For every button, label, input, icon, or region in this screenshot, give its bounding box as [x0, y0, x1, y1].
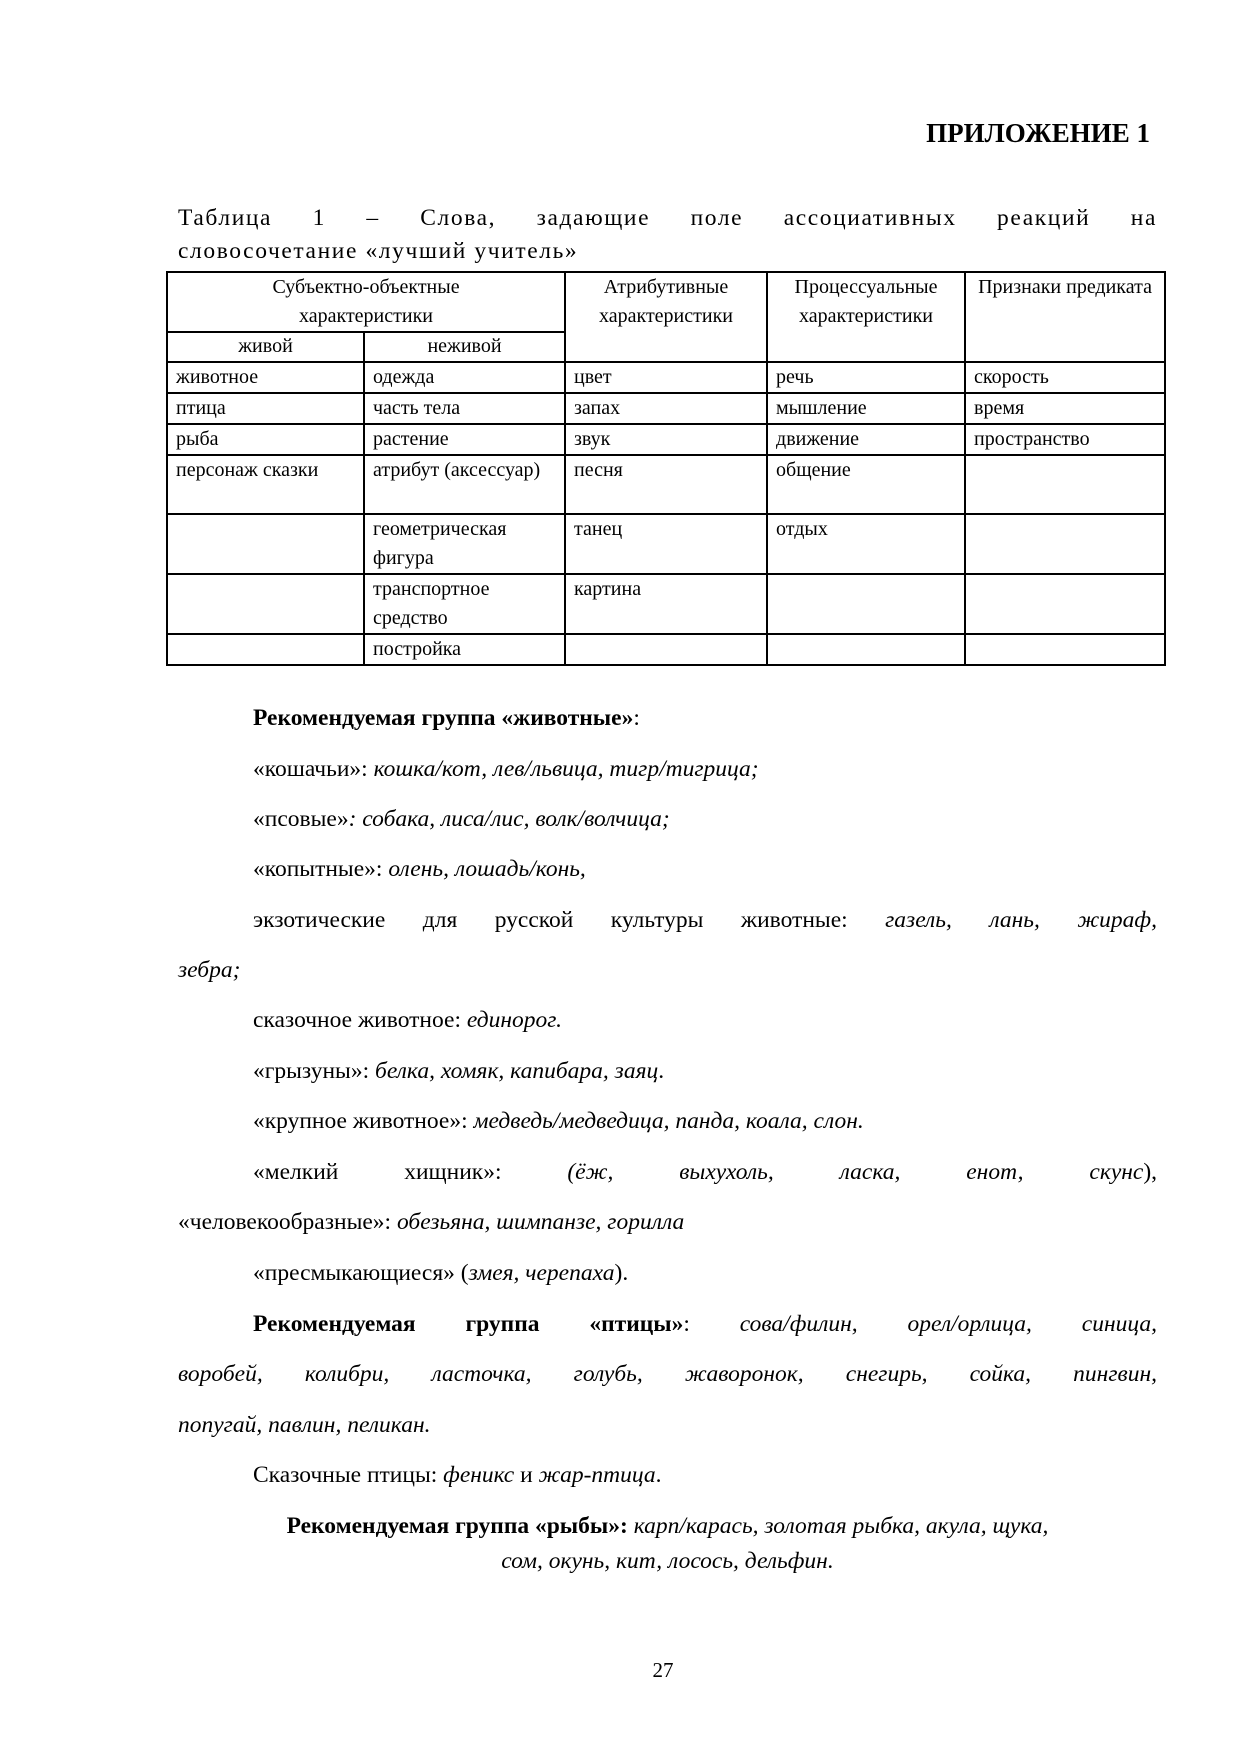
- small-predator-line: «мелкий хищник»: (ёж, выхухоль, ласка, е…: [253, 1159, 1157, 1186]
- table-body: животноеодеждацветречьскоростьптицачасть…: [167, 362, 1165, 665]
- header-processual: Процессуальные характеристики: [767, 272, 965, 362]
- header-attributive: Атрибутивные характеристики: [565, 272, 767, 362]
- table-cell: [965, 634, 1165, 665]
- header-subject-object: Субъектно-объектныехарактеристики: [167, 272, 565, 332]
- fish-heading-line: Рекомендуемая группа «рыбы»: карп/карась…: [178, 1513, 1157, 1540]
- canines-line: «псовые»: собака, лиса/лис, волк/волчица…: [253, 806, 670, 833]
- table-cell: атрибут (аксессуар): [364, 455, 565, 514]
- table-cell: пространство: [965, 424, 1165, 455]
- table-row: транспортное средствокартина: [167, 574, 1165, 634]
- table-cell: [767, 634, 965, 665]
- reptiles-line: «пресмыкающиеся» (змея, черепаха).: [253, 1260, 628, 1287]
- table-row: персонаж сказкиатрибут (аксессуар)песняо…: [167, 455, 1165, 514]
- table-cell: [965, 514, 1165, 574]
- fairy-animal-line: сказочное животное: единорог.: [253, 1007, 562, 1034]
- felines-line: «кошачьи»: кошка/кот, лев/львица, тигр/т…: [253, 756, 759, 783]
- table-cell: птица: [167, 393, 364, 424]
- table-row: рыбарастениезвукдвижениепространство: [167, 424, 1165, 455]
- table-cell: персонаж сказки: [167, 455, 364, 514]
- table-cell: танец: [565, 514, 767, 574]
- table-cell: речь: [767, 362, 965, 393]
- table-cell: растение: [364, 424, 565, 455]
- table-cell: [167, 574, 364, 634]
- table-cell: транспортное средство: [364, 574, 565, 634]
- table-cell: отдых: [767, 514, 965, 574]
- table-cell: [565, 634, 767, 665]
- table-cell: время: [965, 393, 1165, 424]
- table-cell: [965, 574, 1165, 634]
- table-cell: цвет: [565, 362, 767, 393]
- association-table: Субъектно-объектныехарактеристики Атрибу…: [166, 271, 1166, 666]
- table-row: геометрическая фигуратанецотдых: [167, 514, 1165, 574]
- table-cell: общение: [767, 455, 965, 514]
- birds-line3: попугай, павлин, пеликан.: [178, 1412, 431, 1439]
- table-cell: рыба: [167, 424, 364, 455]
- table-cell: геометрическая фигура: [364, 514, 565, 574]
- table-cell: одежда: [364, 362, 565, 393]
- table-cell: [167, 514, 364, 574]
- subheader-live: живой: [167, 332, 364, 362]
- birds-line2: воробей, колибри, ласточка, голубь, жаво…: [178, 1361, 1157, 1388]
- birds-heading-line: Рекомендуемая группа «птицы»: сова/филин…: [253, 1311, 1157, 1338]
- exotic-line-continued: зебра;: [178, 957, 240, 984]
- table-row: птицачасть телазапахмышлениевремя: [167, 393, 1165, 424]
- appendix-title: ПРИЛОЖЕНИЕ 1: [926, 118, 1150, 149]
- subheader-nonlive: неживой: [364, 332, 565, 362]
- table-cell: животное: [167, 362, 364, 393]
- table-cell: [965, 455, 1165, 514]
- table-row: животноеодеждацветречьскорость: [167, 362, 1165, 393]
- ungulates-line: «копытные»: олень, лошадь/конь,: [253, 856, 586, 883]
- table-cell: мышление: [767, 393, 965, 424]
- table-cell: часть тела: [364, 393, 565, 424]
- exotic-line: экзотические для русской культуры животн…: [253, 907, 1157, 934]
- table-cell: песня: [565, 455, 767, 514]
- table-caption-line2: словосочетание «лучший учитель»: [178, 238, 1157, 265]
- fairy-birds-line: Сказочные птицы: феникс и жар-птица.: [253, 1462, 662, 1489]
- table-cell: запах: [565, 393, 767, 424]
- table-cell: звук: [565, 424, 767, 455]
- table-cell: скорость: [965, 362, 1165, 393]
- rodents-line: «грызуны»: белка, хомяк, капибара, заяц.: [253, 1058, 664, 1085]
- apes-line: «человекообразные»: обезьяна, шимпанзе, …: [178, 1209, 684, 1236]
- animals-heading: Рекомендуемая группа «животные»:: [253, 705, 640, 732]
- table-cell: движение: [767, 424, 965, 455]
- table-row: постройка: [167, 634, 1165, 665]
- table-cell: картина: [565, 574, 767, 634]
- fish-line2: сом, окунь, кит, лосось, дельфин.: [178, 1548, 1157, 1575]
- page-number: 27: [0, 1658, 1240, 1683]
- large-animal-line: «крупное животное»: медведь/медведица, п…: [253, 1108, 864, 1135]
- header-predicate: Признаки предиката: [965, 272, 1165, 362]
- table-cell: постройка: [364, 634, 565, 665]
- table-cell: [167, 634, 364, 665]
- table-caption-line1: Таблица 1 – Слова, задающие поле ассоциа…: [178, 205, 1157, 232]
- table-cell: [767, 574, 965, 634]
